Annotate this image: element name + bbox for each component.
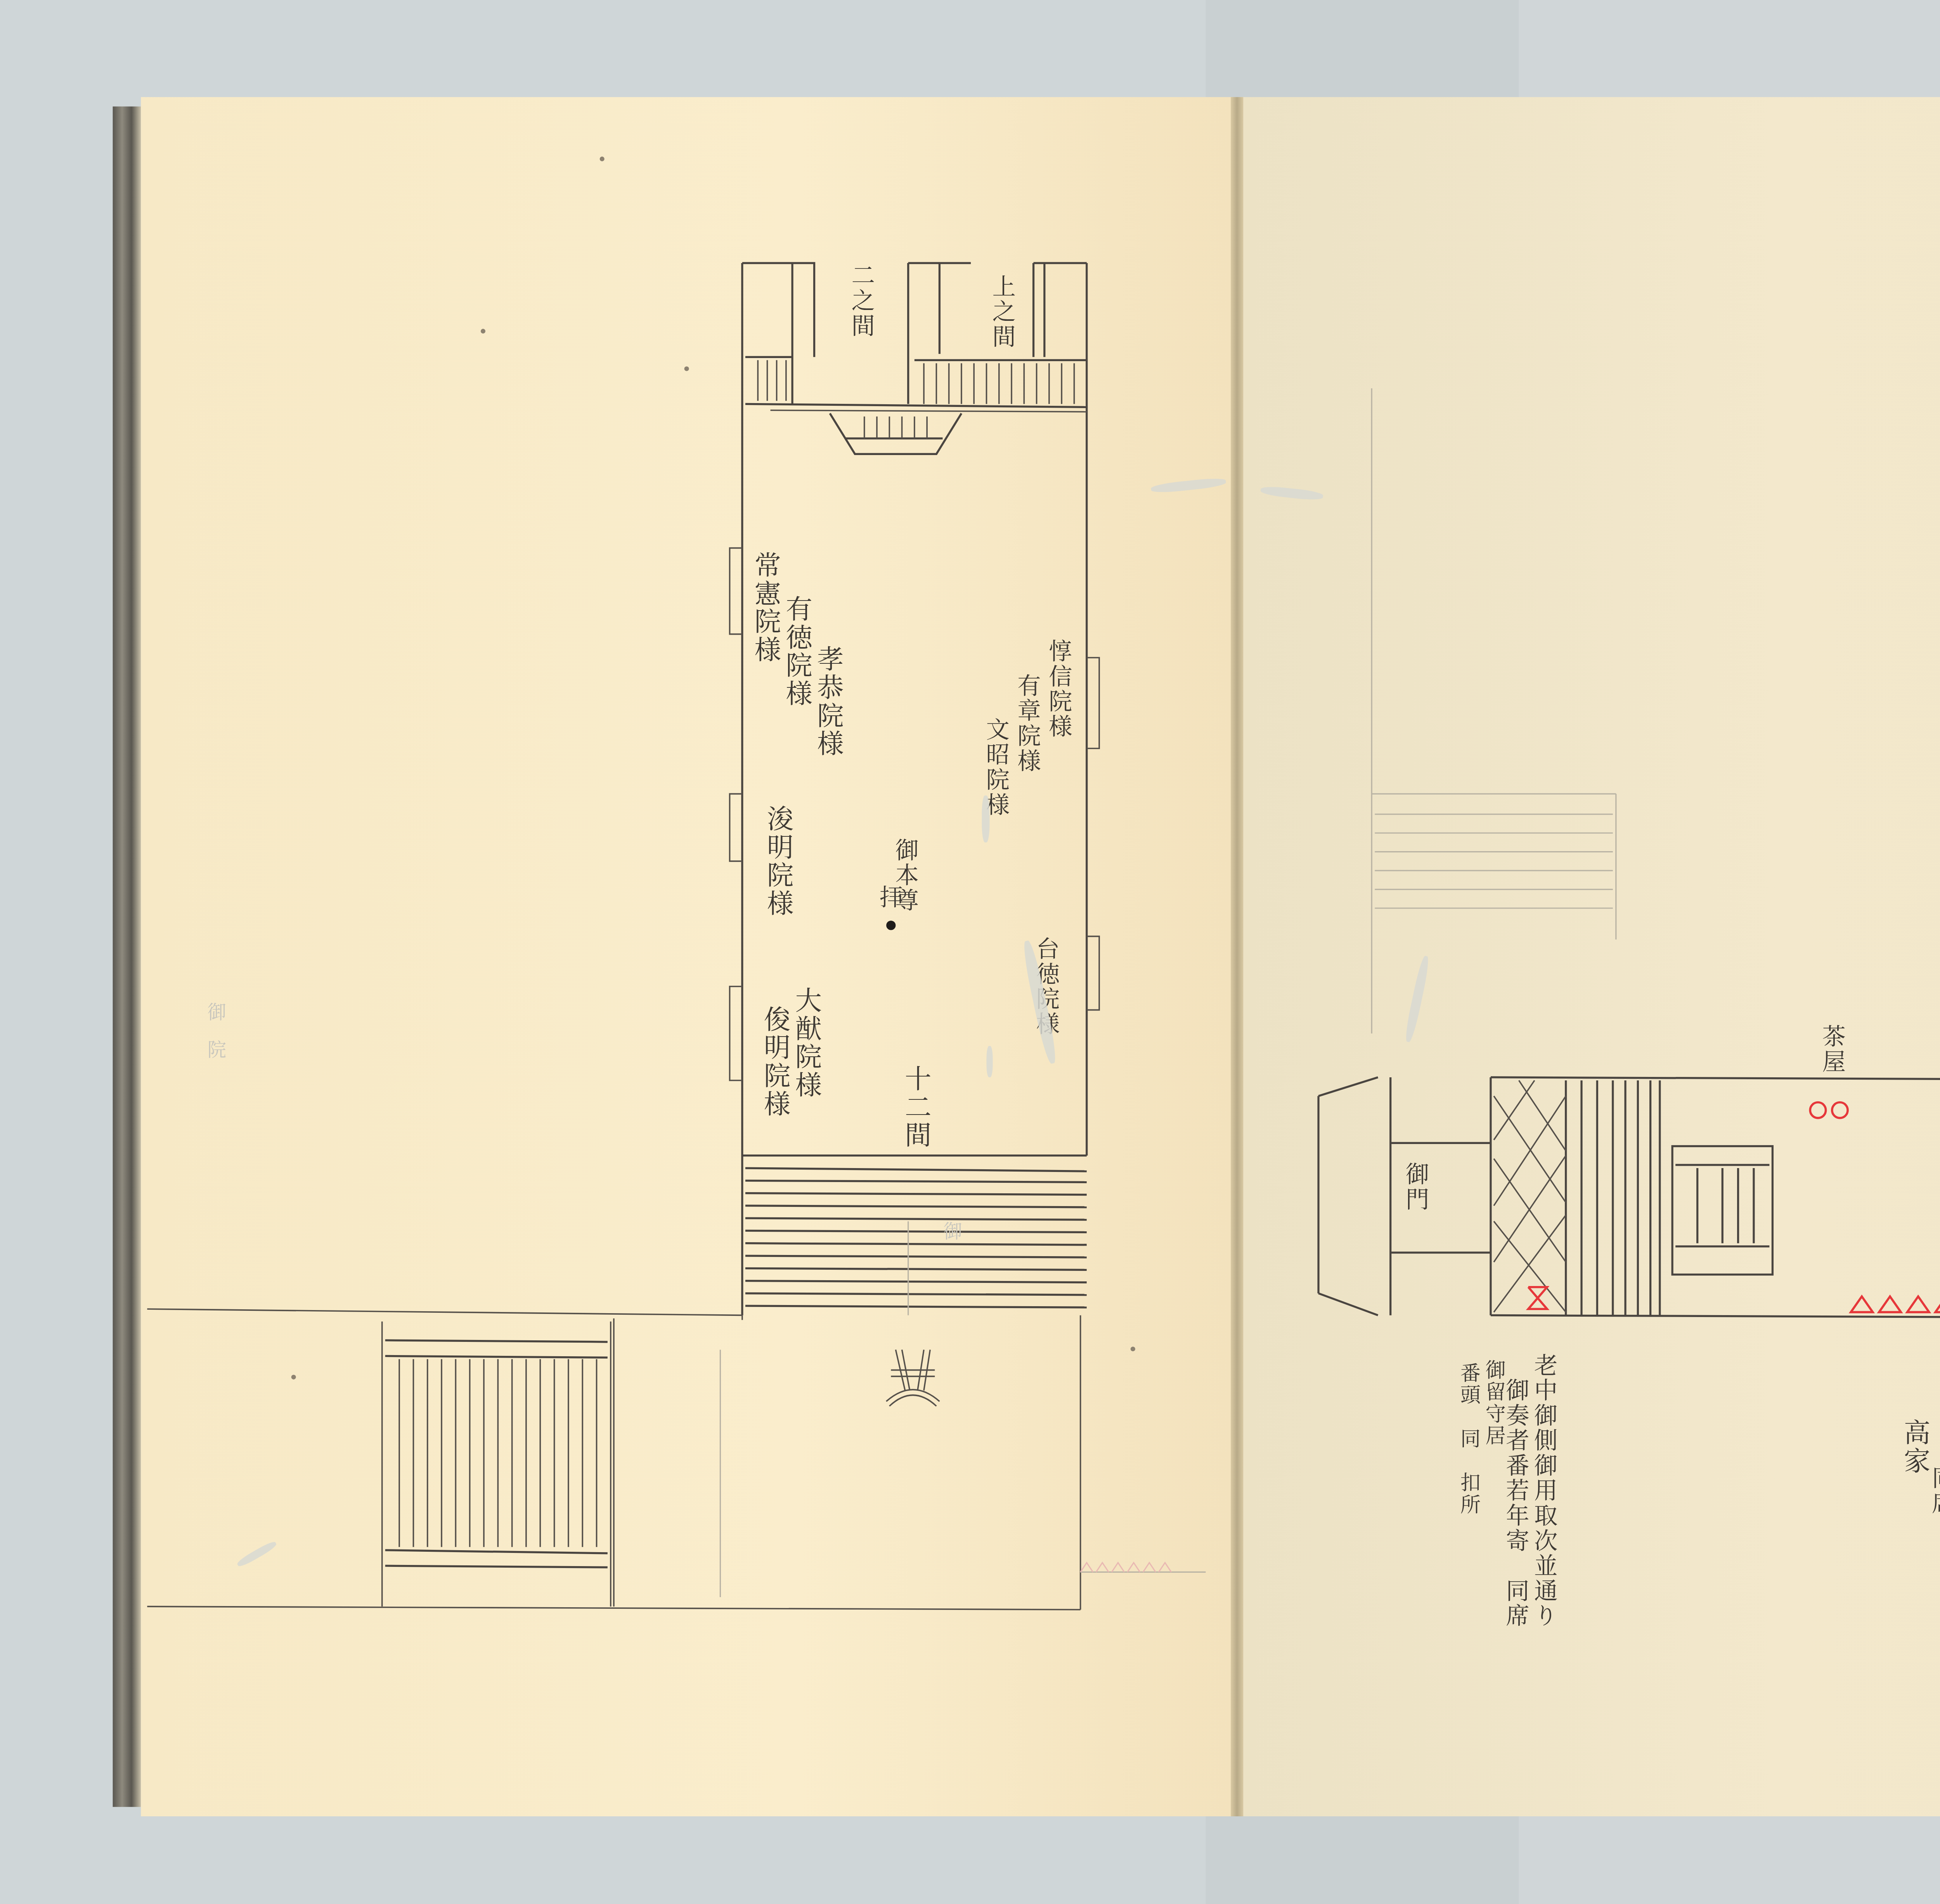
red-circle-marker xyxy=(1810,1102,1826,1118)
red-hourglass-marker xyxy=(1528,1287,1547,1309)
red-triangle-row xyxy=(1851,1296,1940,1312)
note-line: 老中御側御用取次並通り xyxy=(1531,1353,1556,1628)
note-line: 御留守居 xyxy=(1481,1359,1503,1447)
right-page-plan-drawing xyxy=(0,0,1940,1904)
gate-label: 御門 xyxy=(1403,1162,1428,1212)
red-circle-marker xyxy=(1832,1102,1848,1118)
note-line: 同席 xyxy=(1929,1466,1940,1516)
note-line: 番頭 同 扣所 xyxy=(1456,1362,1478,1516)
bleed-through-text xyxy=(1911,1425,1937,1444)
note-line: 御奏者番若年寄 同席 xyxy=(1503,1378,1528,1629)
teahouse-label: 茶屋 xyxy=(1819,1024,1844,1074)
scan-stage: 上之間 二之間 常憲院様 有徳院様 孝恭院様 惇信院様 有章院様 文昭院様 浚明… xyxy=(0,0,1940,1904)
